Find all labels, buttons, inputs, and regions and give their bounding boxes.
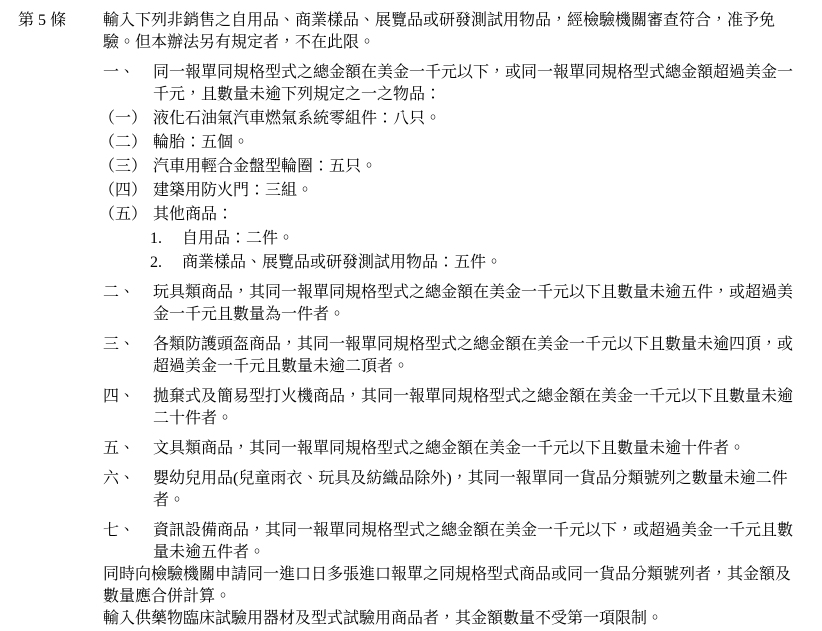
item-2-text: 玩具類商品，其同一報單同規格型式之總金額在美金一千元以下且數量未逾五件，或超過美… xyxy=(153,282,799,326)
item-4-number: 四、 xyxy=(103,386,153,430)
article-body: 輸入下列非銷售之自用品、商業樣品、展覽品或研發測試用物品，經檢驗機關審查符合，准… xyxy=(103,10,799,630)
item-1-text: 同一報單同規格型式之總金額在美金一千元以下，或同一報單同規格型式總金額超過美金一… xyxy=(153,62,799,106)
article-item-4: 四、 拋棄式及簡易型打火機商品，其同一報單同規格型式之總金額在美金一千元以下且數… xyxy=(103,386,799,430)
article-item-7: 七、 資訊設備商品，其同一報單同規格型式之總金額在美金一千元以下，或超過美金一千… xyxy=(103,520,799,564)
article-number: 第 5 條 xyxy=(18,10,103,32)
subitem-1-2-number: （二） xyxy=(99,132,153,154)
article-item-2: 二、 玩具類商品，其同一報單同規格型式之總金額在美金一千元以下且數量未逾五件，或… xyxy=(103,282,799,326)
subsubitem-1-5-2: 2. 商業樣品、展覽品或研發測試用物品：五件。 xyxy=(150,252,799,274)
subitem-1-4-number: （四） xyxy=(99,180,153,202)
subitem-1-4: （四） 建築用防火門：三組。 xyxy=(99,180,799,202)
subsubitem-1-5-1-text: 自用品：二件。 xyxy=(182,228,799,250)
subitem-1-5: （五） 其他商品： xyxy=(99,204,799,226)
item-2-number: 二、 xyxy=(103,282,153,326)
article-item-5: 五、 文具類商品，其同一報單同規格型式之總金額在美金一千元以下且數量未逾十件者。 xyxy=(103,438,799,460)
document-page: 第 5 條 輸入下列非銷售之自用品、商業樣品、展覽品或研發測試用物品，經檢驗機關… xyxy=(0,0,822,630)
item-4-text: 拋棄式及簡易型打火機商品，其同一報單同規格型式之總金額在美金一千元以下且數量未逾… xyxy=(153,386,799,430)
article-paragraph-3: 輸入供藥物臨床試驗用器材及型式試驗用商品者，其金額數量不受第一項限制。 xyxy=(103,608,799,630)
item-1-number: 一、 xyxy=(103,62,153,106)
item-7-text: 資訊設備商品，其同一報單同規格型式之總金額在美金一千元以下，或超過美金一千元且數… xyxy=(153,520,799,564)
subitem-1-4-text: 建築用防火門：三組。 xyxy=(153,180,799,202)
item-3-text: 各類防護頭盔商品，其同一報單同規格型式之總金額在美金一千元以下且數量未逾四頂，或… xyxy=(153,334,799,378)
subsubitem-1-5-1: 1. 自用品：二件。 xyxy=(150,228,799,250)
article-paragraph-1: 輸入下列非銷售之自用品、商業樣品、展覽品或研發測試用物品，經檢驗機關審查符合，准… xyxy=(103,10,799,54)
subitem-1-5-text: 其他商品： xyxy=(153,204,799,226)
subitem-1-1: （一） 液化石油氣汽車燃氣系統零組件：八只。 xyxy=(99,108,799,130)
subsubitem-1-5-2-text: 商業樣品、展覽品或研發測試用物品：五件。 xyxy=(182,252,799,274)
article-5: 第 5 條 輸入下列非銷售之自用品、商業樣品、展覽品或研發測試用物品，經檢驗機關… xyxy=(18,10,822,630)
item-5-number: 五、 xyxy=(103,438,153,460)
item-6-number: 六、 xyxy=(103,468,153,512)
subitem-1-2: （二） 輪胎：五個。 xyxy=(99,132,799,154)
subsubitem-1-5-2-number: 2. xyxy=(150,252,182,274)
subitem-1-1-text: 液化石油氣汽車燃氣系統零組件：八只。 xyxy=(153,108,799,130)
item-7-number: 七、 xyxy=(103,520,153,564)
subitem-1-5-number: （五） xyxy=(99,204,153,226)
subitem-1-3: （三） 汽車用輕合金盤型輪圈：五只。 xyxy=(99,156,799,178)
subitem-1-1-number: （一） xyxy=(99,108,153,130)
subitem-1-2-text: 輪胎：五個。 xyxy=(153,132,799,154)
subsubitem-1-5-1-number: 1. xyxy=(150,228,182,250)
item-6-text: 嬰幼兒用品(兒童雨衣、玩具及紡織品除外)，其同一報單同一貨品分類號列之數量未逾二… xyxy=(153,468,799,512)
item-5-text: 文具類商品，其同一報單同規格型式之總金額在美金一千元以下且數量未逾十件者。 xyxy=(153,438,799,460)
item-3-number: 三、 xyxy=(103,334,153,378)
article-item-6: 六、 嬰幼兒用品(兒童雨衣、玩具及紡織品除外)，其同一報單同一貨品分類號列之數量… xyxy=(103,468,799,512)
article-item-1: 一、 同一報單同規格型式之總金額在美金一千元以下，或同一報單同規格型式總金額超過… xyxy=(103,62,799,106)
subitem-1-3-number: （三） xyxy=(99,156,153,178)
subitem-1-3-text: 汽車用輕合金盤型輪圈：五只。 xyxy=(153,156,799,178)
article-paragraph-2: 同時向檢驗機關申請同一進口日多張進口報單之同規格型式商品或同一貨品分類號列者，其… xyxy=(103,564,799,608)
article-item-3: 三、 各類防護頭盔商品，其同一報單同規格型式之總金額在美金一千元以下且數量未逾四… xyxy=(103,334,799,378)
